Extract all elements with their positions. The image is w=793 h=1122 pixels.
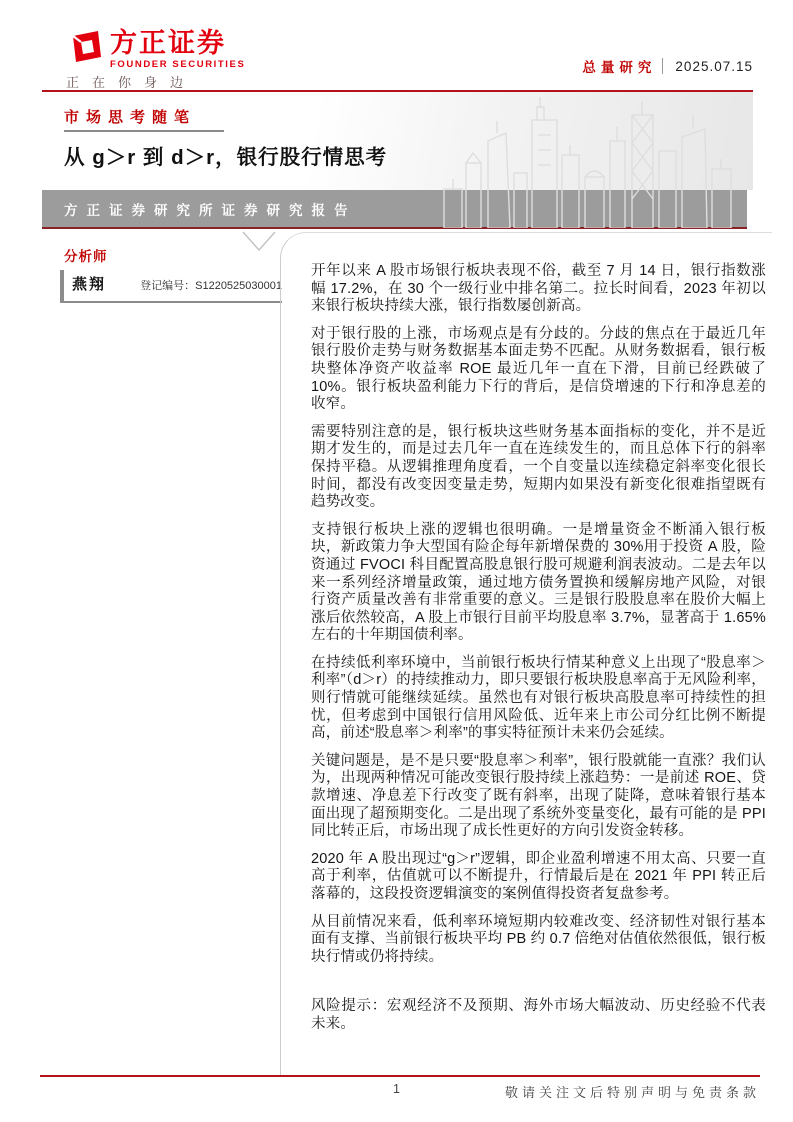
body-paragraph: 支持银行板块上涨的逻辑也很明确。一是增量资金不断涌入银行板块，新政策力争大型国有…: [311, 522, 766, 645]
banner-rule: [42, 227, 747, 229]
report-title: 从 g＞r 到 d＞r，银行股行情思考: [64, 140, 387, 170]
body-paragraph: 开年以来 A 股市场银行板块表现不俗，截至 7 月 14 日，银行指数涨幅 17…: [311, 263, 766, 316]
institute-banner: 方正证券研究所证券研究报告: [42, 190, 747, 227]
analyst-registration-number: 登记编号：S1220525030001: [140, 277, 282, 293]
eyebrow-underline: [64, 130, 224, 132]
body-paragraph: 对于银行股的上涨，市场观点是有分歧的。分歧的焦点在于最近几年银行股价走势与财务数…: [311, 326, 766, 414]
header-meta: 总量研究 2025.07.15: [582, 56, 753, 76]
risk-note: 风险提示：宏观经济不及预期、海外市场大幅波动、历史经验不代表未来。: [311, 998, 766, 1033]
report-page: 方正证券 FOUNDER SECURITIES 正在你身边 总量研究 2025.…: [0, 0, 793, 1122]
report-body: 开年以来 A 股市场银行板块表现不俗，截至 7 月 14 日，银行指数涨幅 17…: [280, 232, 772, 1075]
title-band: 市场思考随笔 从 g＞r 到 d＞r，银行股行情思考: [42, 92, 753, 190]
institute-banner-text: 方正证券研究所证券研究报告: [42, 199, 357, 219]
content-notch-decoration: [242, 231, 276, 252]
founder-cube-icon: [64, 28, 104, 68]
body-paragraph: 在持续低利率环境中，当前银行板块行情某种意义上出现了“股息率＞利率”（d＞r）的…: [311, 655, 766, 743]
company-logo: 方正证券 FOUNDER SECURITIES: [64, 28, 245, 70]
analyst-row: 燕翔 登记编号：S1220525030001: [60, 270, 282, 303]
logo-chinese-name: 方正证券: [110, 28, 245, 58]
brand-tagline: 正在你身边: [66, 72, 196, 91]
body-paragraph: 2020 年 A 股出现过“g＞r”逻辑，即企业盈利增速不用太高、只要一直高于利…: [311, 851, 766, 904]
analyst-section-label: 分析师: [64, 245, 108, 265]
body-paragraph: 从目前情况来看，低利率环境短期内较难改变、经济韧性对银行基本面有支撑、当前银行板…: [311, 914, 766, 967]
footer-disclaimer: 敬请关注文后特别声明与免责条款: [505, 1082, 760, 1101]
vertical-divider: [662, 58, 663, 74]
report-date: 2025.07.15: [675, 59, 753, 74]
analyst-name: 燕翔: [72, 273, 106, 294]
body-paragraph: 关键问题是，是不是只要“股息率＞利率”，银行股就能一直涨？我们认为，出现两种情况…: [311, 753, 766, 841]
body-paragraph: 需要特别注意的是，银行板块这些财务基本面指标的变化，并不是近期才发生的，而是过去…: [311, 424, 766, 512]
series-eyebrow: 市场思考随笔: [64, 106, 196, 127]
footer-rule: [40, 1075, 760, 1077]
research-category: 总量研究: [582, 56, 656, 76]
logo-english-name: FOUNDER SECURITIES: [110, 59, 245, 70]
